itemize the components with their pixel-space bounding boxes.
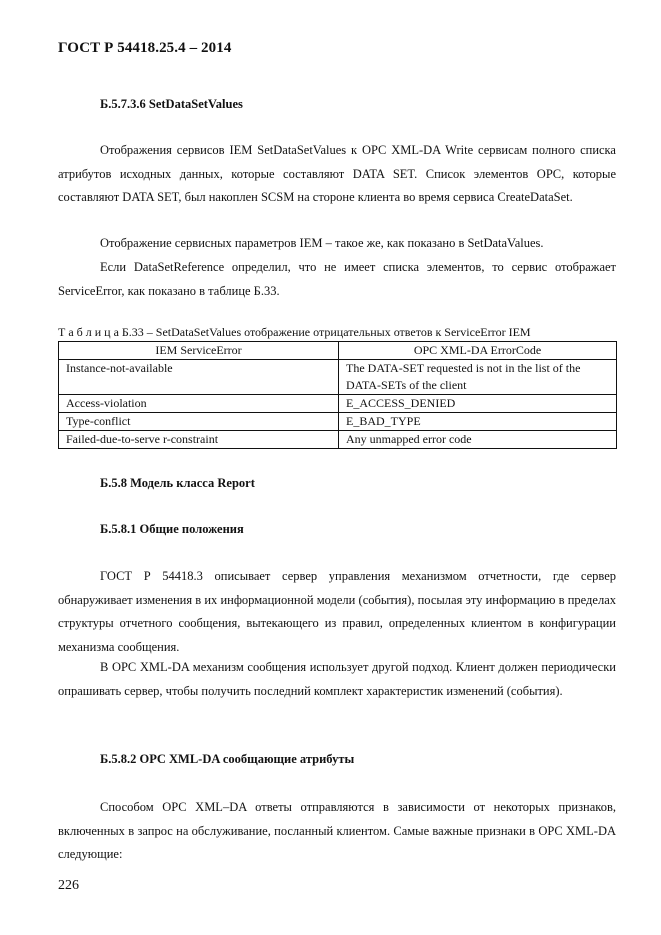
paragraph-text: Если DataSetReference определил, что не …: [58, 260, 616, 298]
table-cell: E_BAD_TYPE: [339, 413, 617, 431]
section-heading: Б.5.7.3.6 SetDataSetValues: [100, 97, 243, 112]
paragraph-text: Способом OPC XML–DA ответы отправляются …: [58, 800, 616, 861]
paragraph: В OPC XML-DA механизм сообщения использу…: [58, 656, 616, 703]
table-row: Type-conflict E_BAD_TYPE: [59, 413, 617, 431]
paragraph: ГОСТ Р 54418.3 описывает сервер управлен…: [58, 565, 616, 659]
table-header-row: IEM ServiceError OPC XML-DA ErrorCode: [59, 342, 617, 360]
paragraph: Способом OPC XML–DA ответы отправляются …: [58, 796, 616, 867]
section-heading: Б.5.8 Модель класса Report: [100, 476, 255, 491]
paragraph-text: В OPC XML-DA механизм сообщения использу…: [58, 660, 616, 698]
error-mapping-table: IEM ServiceError OPC XML-DA ErrorCode In…: [58, 341, 617, 449]
paragraph-text: ГОСТ Р 54418.3 описывает сервер управлен…: [58, 569, 616, 654]
paragraph: Отображение сервисных параметров IEM – т…: [58, 232, 616, 256]
table-cell: E_ACCESS_DENIED: [339, 395, 617, 413]
table-cell: Access-violation: [59, 395, 339, 413]
document-header: ГОСТ Р 54418.25.4 – 2014: [58, 40, 231, 57]
paragraph-text: Отображения сервисов IEM SetDataSetValue…: [58, 143, 616, 204]
section-heading: Б.5.8.2 OPC XML-DA сообщающие атрибуты: [100, 752, 354, 767]
table-row: Access-violation E_ACCESS_DENIED: [59, 395, 617, 413]
page-number: 226: [58, 878, 79, 894]
table-row: Failed-due-to-serve r-constraint Any unm…: [59, 431, 617, 449]
table-cell: The DATA-SET requested is not in the lis…: [339, 360, 617, 395]
table-cell: Failed-due-to-serve r-constraint: [59, 431, 339, 449]
section-heading: Б.5.8.1 Общие положения: [100, 522, 244, 537]
column-header: OPC XML-DA ErrorCode: [339, 342, 617, 360]
column-header: IEM ServiceError: [59, 342, 339, 360]
paragraph: Отображения сервисов IEM SetDataSetValue…: [58, 139, 616, 210]
table-cell: Any unmapped error code: [339, 431, 617, 449]
table-cell: Instance-not-available: [59, 360, 339, 395]
table-cell: Type-conflict: [59, 413, 339, 431]
paragraph: Если DataSetReference определил, что не …: [58, 256, 616, 303]
table-caption: Т а б л и ц а Б.33 – SetDataSetValues от…: [58, 325, 531, 340]
table-row: Instance-not-available The DATA-SET requ…: [59, 360, 617, 395]
paragraph-text: Отображение сервисных параметров IEM – т…: [100, 236, 544, 250]
